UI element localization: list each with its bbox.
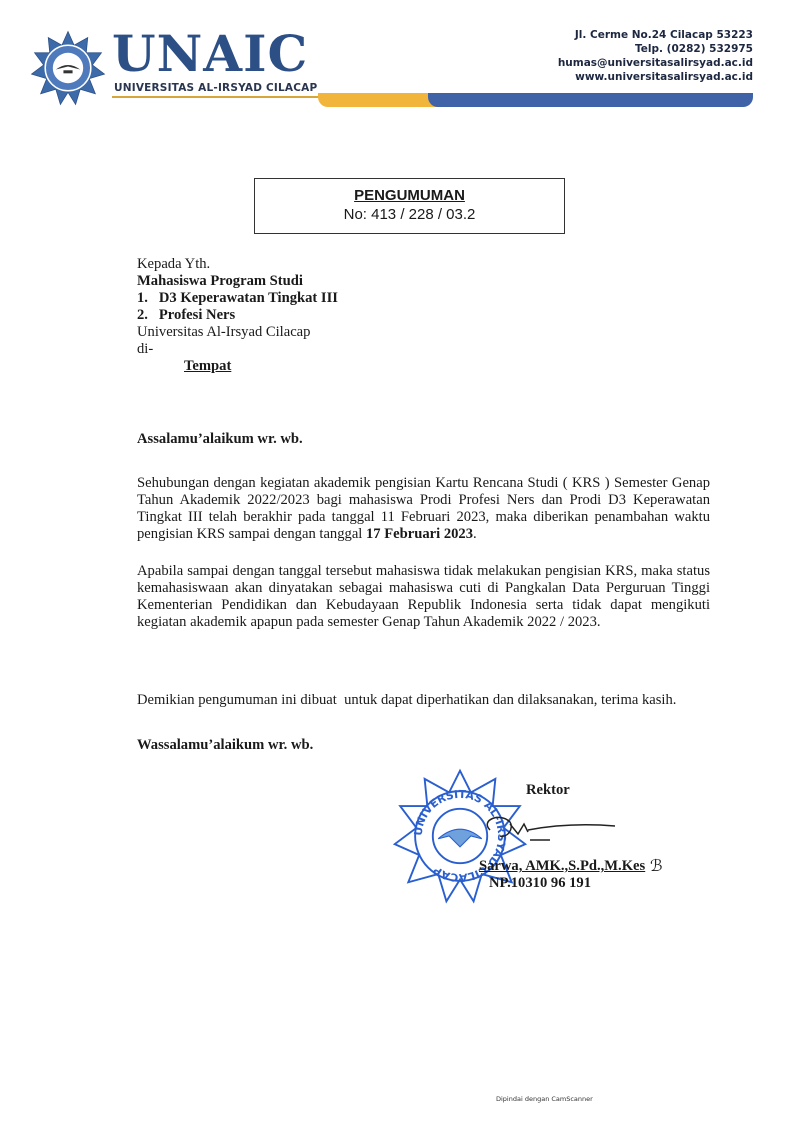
signer-nip: NP.10310 96 191 [489,875,591,892]
recipient-item-1: 1. D3 Keperawatan Tingkat III [137,290,338,307]
recipient-institution: Universitas Al-Irsyad Cilacap [137,324,338,341]
recipient-di: di- [137,341,338,358]
gold-bar [318,93,438,107]
announcement-number: No: 413 / 228 / 03.2 [255,206,564,223]
opening-greeting: Assalamu’alaikum wr. wb. [137,431,303,448]
contact-block: Jl. Cerme No.24 Cilacap 53223 Telp. (028… [558,28,753,84]
recipient-salutation: Kepada Yth. [137,256,338,273]
scanner-footer: Dipindai dengan CamScanner [496,1095,593,1103]
signer-name: Sarwa, AMK.,S.Pd.,M.Kes [479,858,645,875]
signer-position: Rektor [526,782,570,799]
brand-name: UNAIC [112,28,308,80]
recipient-block: Kepada Yth. Mahasiswa Program Studi 1. D… [137,256,338,375]
signature-scribble-icon [470,810,620,850]
paragraph-1-end: . [473,526,477,542]
paragraph-2: Apabila sampai dengan tanggal tersebut m… [137,563,710,631]
website: www.universitasalirsyad.ac.id [558,70,753,84]
paraf-mark: ℬ [650,856,663,876]
brand-subtitle: UNIVERSITAS AL-IRSYAD CILACAP [114,82,317,94]
closing-greeting: Wassalamu’alaikum wr. wb. [137,737,313,754]
blue-bar [428,93,753,107]
phone: Telp. (0282) 532975 [558,42,753,56]
email: humas@universitasalirsyad.ac.id [558,56,753,70]
address: Jl. Cerme No.24 Cilacap 53223 [558,28,753,42]
gold-divider [112,96,322,98]
university-emblem-icon [30,30,106,106]
paragraph-3: Demikian pengumuman ini dibuat untuk dap… [137,692,710,709]
announcement-heading: PENGUMUMAN [255,187,564,204]
recipient-group: Mahasiswa Program Studi [137,273,338,290]
deadline-date: 17 Februari 2023 [366,526,473,542]
recipient-item-2: 2. Profesi Ners [137,307,338,324]
recipient-place: Tempat [137,358,338,375]
paragraph-1: Sehubungan dengan kegiatan akademik peng… [137,475,710,543]
announcement-title-box: PENGUMUMAN No: 413 / 228 / 03.2 [254,178,565,234]
